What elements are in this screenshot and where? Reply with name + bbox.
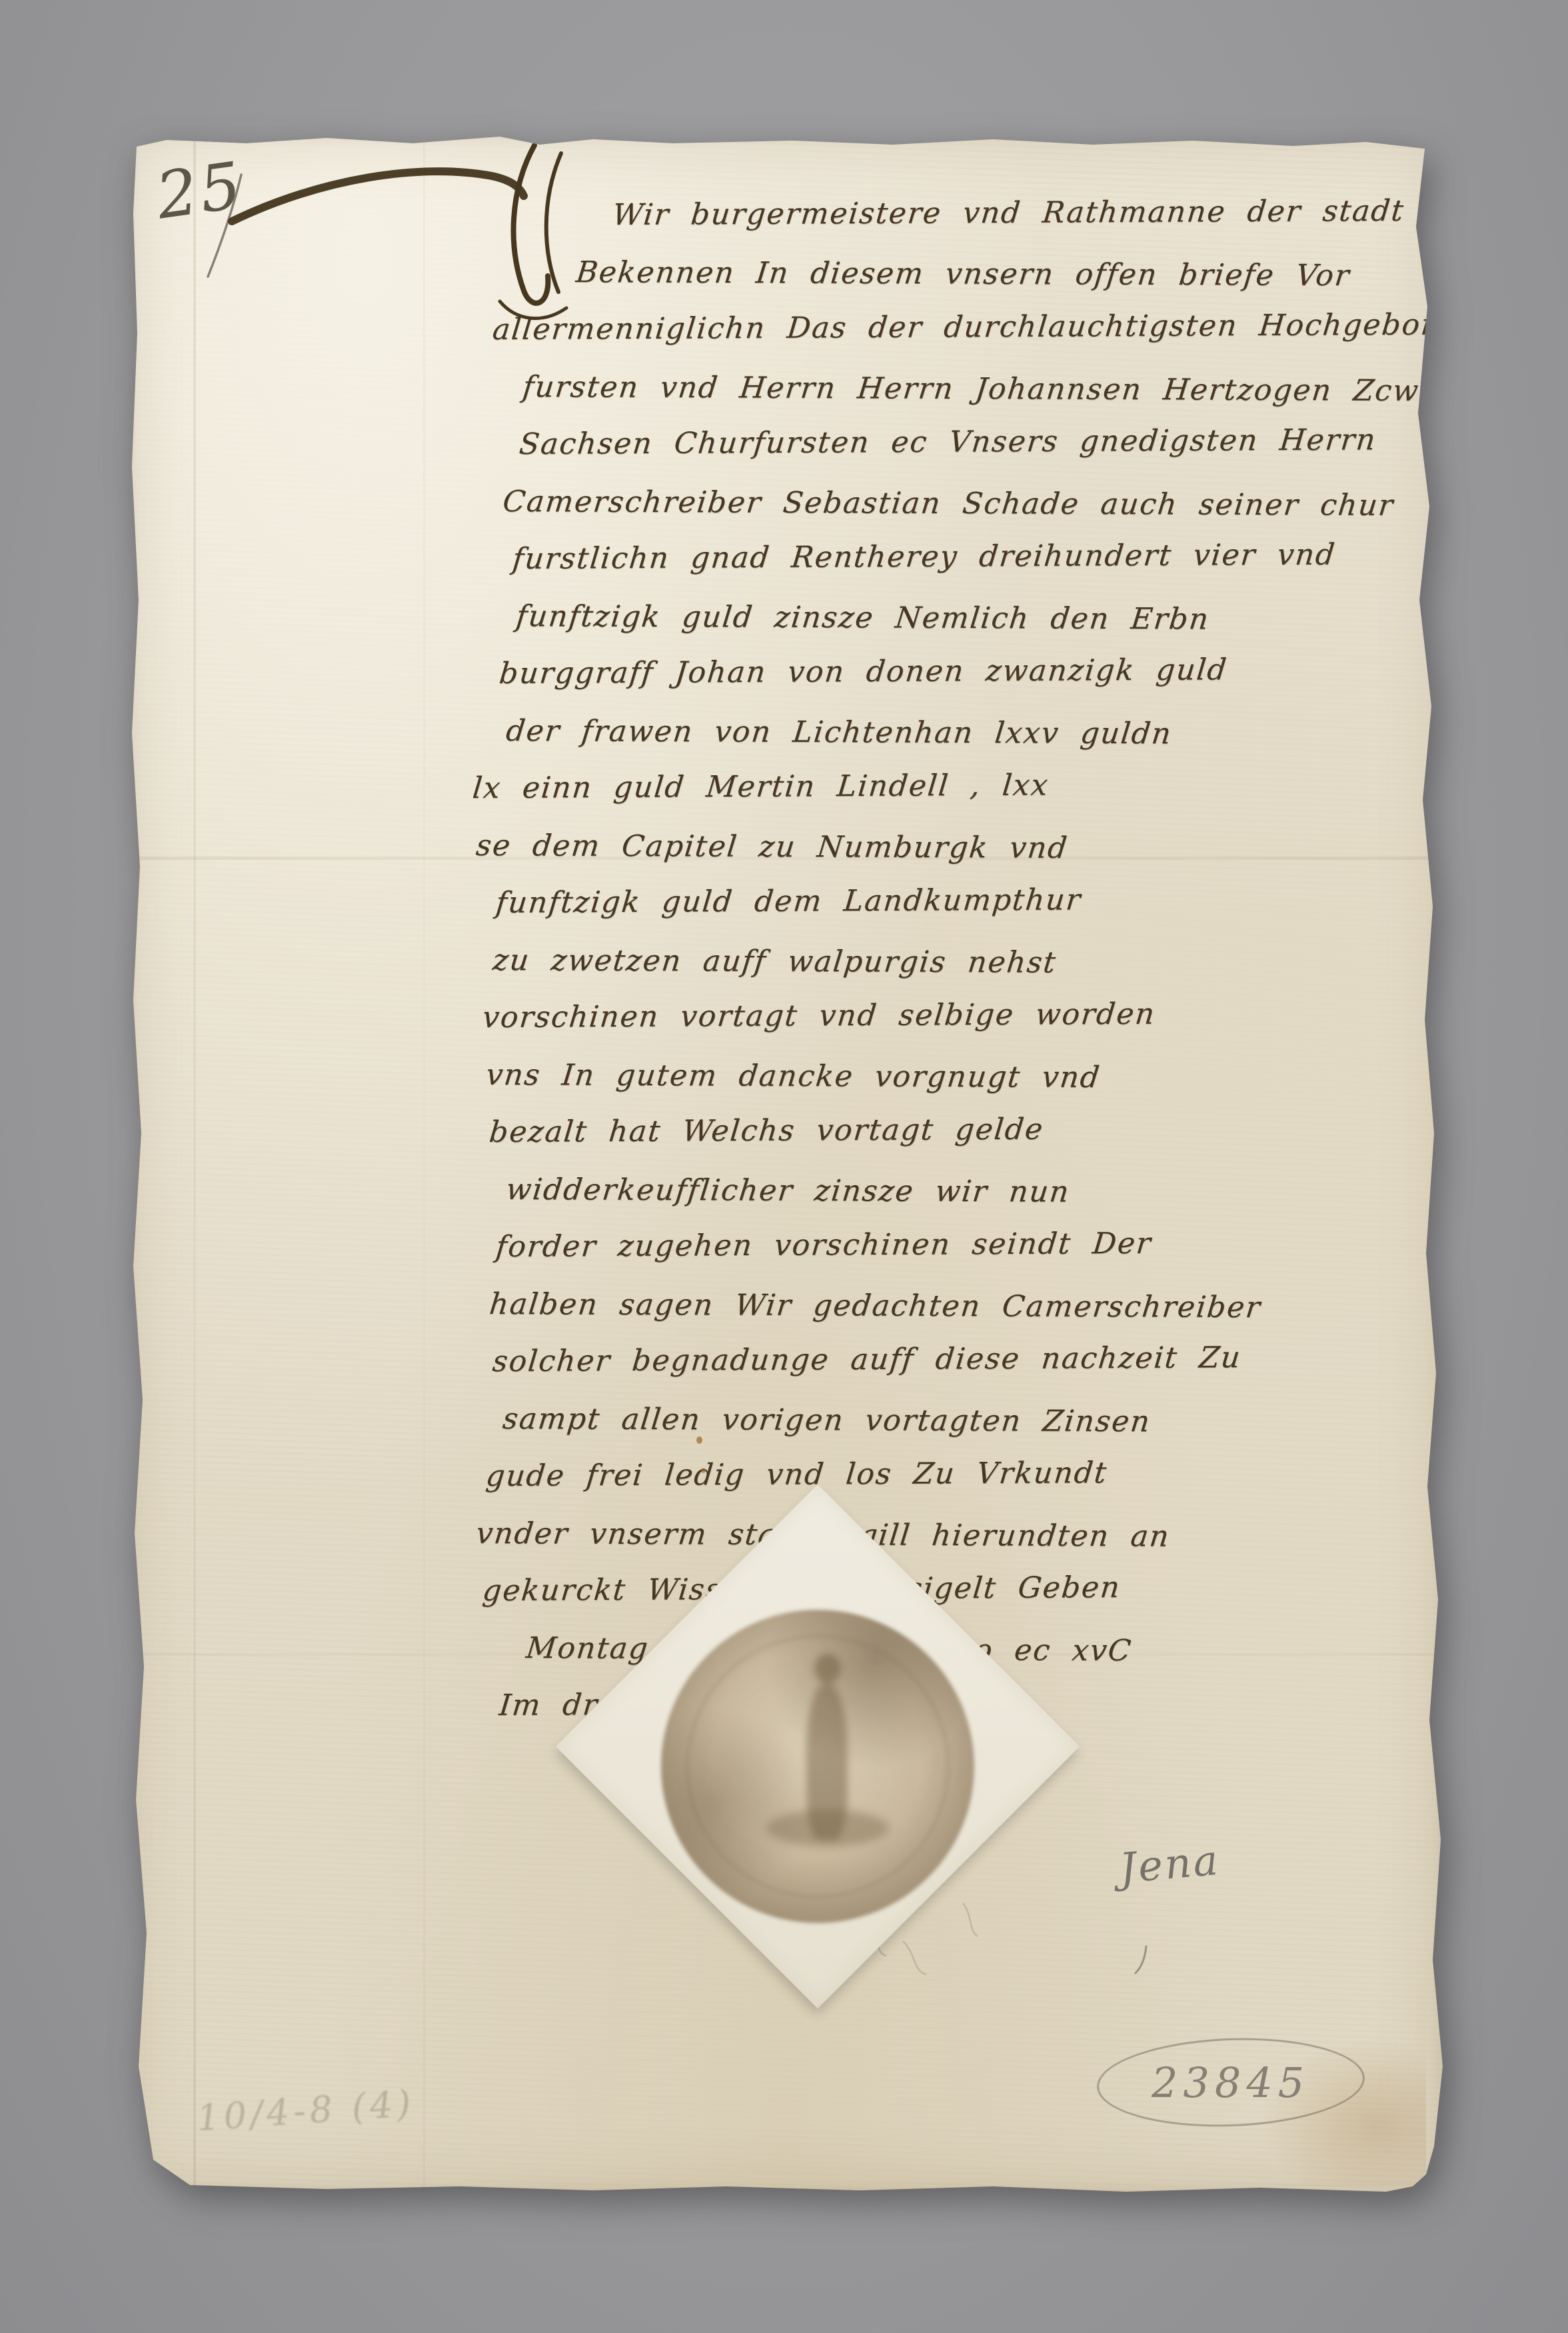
manuscript-line: vorschinen vortagt vnd selbige worden <box>480 984 1449 1047</box>
manuscript-line: fursten vnd Herrn Herrn Johannsen Hertzo… <box>520 359 1449 420</box>
manuscript-line: allermenniglichn Das der durchlauchtigst… <box>490 297 1449 359</box>
manuscript-line: vns In gutem dancke vorgnugt vnd <box>483 1047 1449 1108</box>
manuscript-line: solcher begnadunge auff diese nachzeit Z… <box>490 1328 1449 1390</box>
seal-figure <box>806 1683 848 1840</box>
shelfmark-pencil-note: 10/4-8 (4) <box>195 2082 416 2140</box>
manuscript-line: funftzigk guld zinsze Nemlich den Erbn <box>513 588 1449 649</box>
manuscript-line: bezalt hat Welchs vortagt gelde <box>486 1099 1449 1161</box>
pencil-squiggle <box>963 1903 978 1936</box>
manuscript-line: se dem Capitel zu Numburgk vnd <box>473 817 1449 879</box>
vertical-fold-crease <box>193 133 196 2193</box>
archival-corner-number: 25 <box>152 147 248 233</box>
manuscript-line: sampt allen vorigen vortagten Zinsen <box>500 1390 1449 1452</box>
manuscript-line: halben sagen Wir gedachten Camerschreibe… <box>486 1276 1449 1337</box>
document-sheet: 25 Wir burgermeistere vnd Rathmanne der … <box>127 133 1443 2193</box>
manuscript-line: widderkeufflicher zinsze wir nun <box>503 1161 1449 1222</box>
manuscript-line: Camerschreiber Sebastian Schade auch sei… <box>500 473 1449 535</box>
inventory-number-oval: 23845 <box>1096 2034 1366 2131</box>
manuscript-line: lx einn guld Mertin Lindell , lxx <box>470 755 1449 817</box>
manuscript-line: Sachsen Churfursten ec Vnsers gnedigsten… <box>516 411 1449 473</box>
manuscript-line: vnder vnserm stadt sigill hierundten an <box>473 1505 1449 1566</box>
document-sheet-wrap: 25 Wir burgermeistere vnd Rathmanne der … <box>127 133 1443 2193</box>
jena-comma-mark <box>1136 1946 1146 1973</box>
opening-swash-stroke <box>232 171 524 221</box>
pencil-squiggle <box>903 1941 926 1974</box>
manuscript-line: der frawen von Lichtenhan lxxv guldn <box>503 703 1449 764</box>
manuscript-line: gude frei ledig vnd los Zu Vrkundt <box>483 1442 1449 1505</box>
manuscript-text-block: Wir burgermeistere vnd Rathmanne der sta… <box>510 187 1443 1734</box>
jena-pencil-note: Jena <box>1118 1836 1221 1893</box>
manuscript-line: burggraff Johan von donen zwanzigk guld <box>496 641 1449 703</box>
wax-seal <box>661 1610 974 1923</box>
manuscript-line: funftzigk guld dem Landkumpthur <box>493 870 1449 932</box>
manuscript-line: gekurckt Wissentlich vorsigelt Geben <box>480 1557 1449 1620</box>
manuscript-line: zu zwetzen auff walpurgis nehst <box>490 932 1449 993</box>
manuscript-line: forder zugehen vorschinen seindt Der <box>493 1214 1449 1276</box>
inventory-number: 23845 <box>1152 2058 1309 2107</box>
manuscript-line: furstlichn gnad Rentherey dreihundert vi… <box>510 526 1449 588</box>
photo-of-document: { "photo": { "background_color": "#99999… <box>0 0 1568 2333</box>
manuscript-line: Wir burgermeistere vnd Rathmanne der sta… <box>610 182 1449 244</box>
vertical-fold-crease <box>423 133 425 2193</box>
manuscript-line: Bekennen In diesem vnsern offen briefe V… <box>573 244 1449 305</box>
